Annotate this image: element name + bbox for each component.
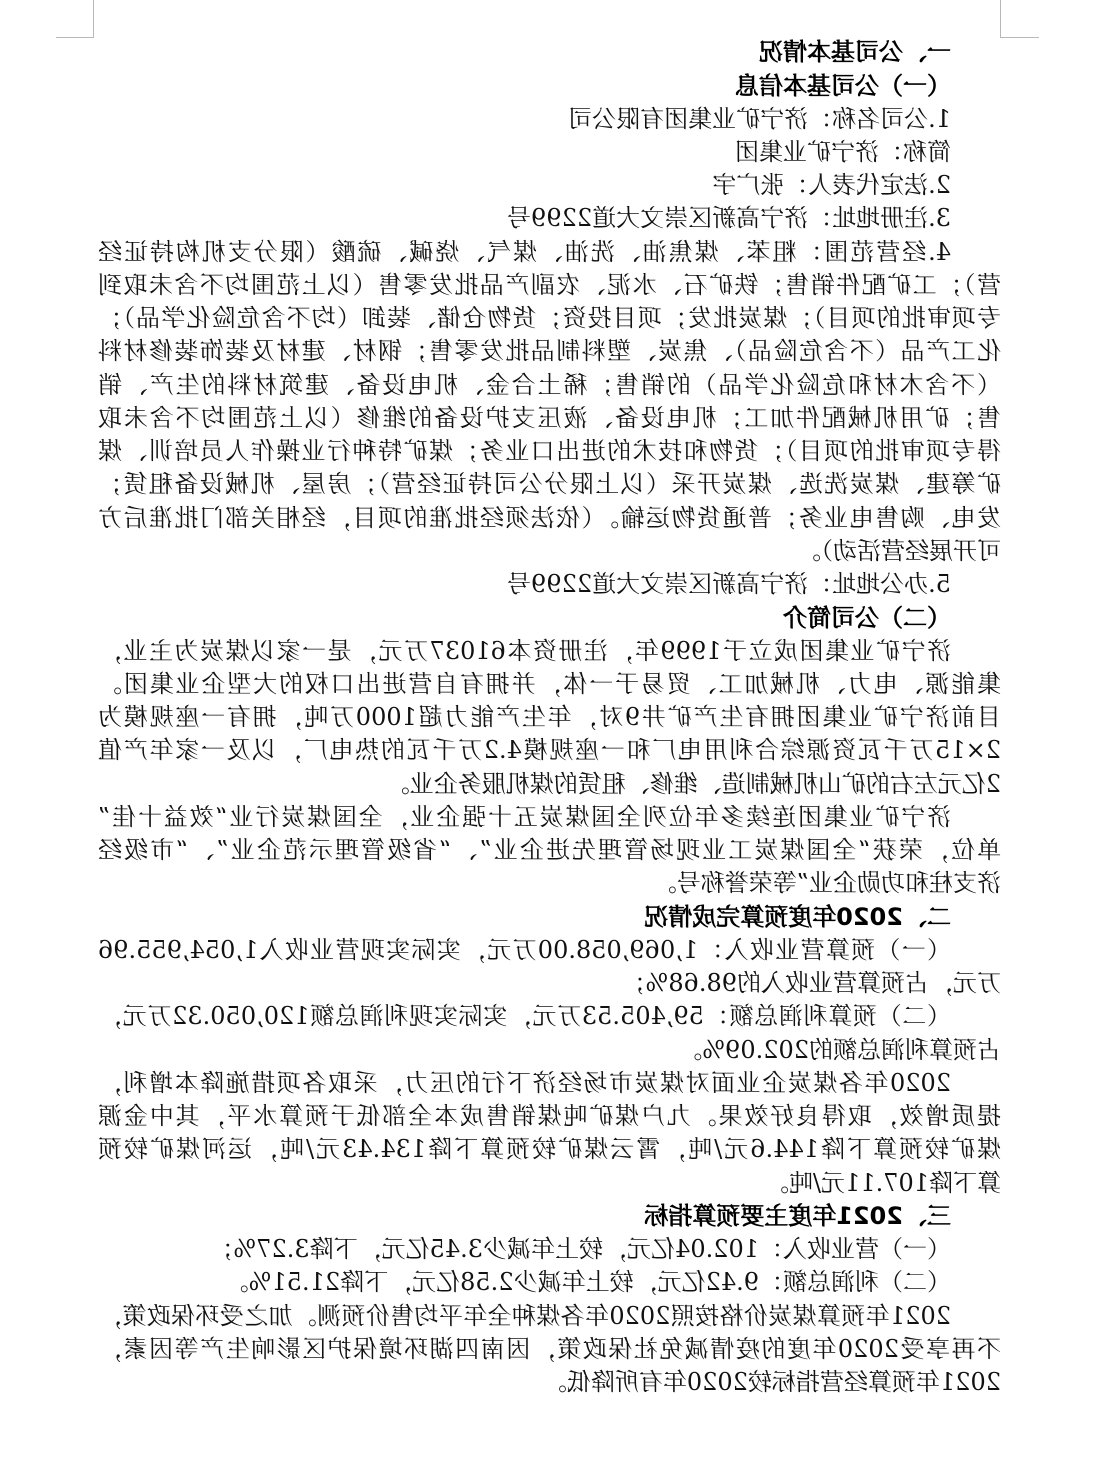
business-scope-line: （不含木材和危险化学品）的销售；稀土合金、机电设备、建筑材料的生产、销 (98, 369, 1001, 402)
honors-paragraph: 济宁矿业集团连续多年位列全国煤炭五十强企业，全国煤炭行业“效益十佳” 单位，荣获… (98, 801, 1001, 901)
business-scope-line: 可开展经营活动）。 (98, 535, 1001, 568)
paragraph-line: 万元，占预算营业收入的98.68%； (98, 967, 1001, 1000)
paragraph-line: 2亿元左右的矿山机械制造、维修、租赁的煤机服务企业。 (98, 768, 1001, 801)
paragraph-line: 2021年预算煤炭价格按照2020年各煤种全年平均售价预测。加之受环保政策， (98, 1300, 1001, 1333)
paragraph-line: 2×15万千瓦资源综合利用电厂和一座规模4.2万千瓦的热电厂，以及一家年产值 (98, 734, 1001, 767)
analysis-paragraph: 2020年各煤炭企业面对煤炭市场经济下行的压力，采取各项措施降本增利， 提质增效… (98, 1067, 1001, 1200)
document-page: 一、公司基本情况 （一）公司基本信息 1.公司名称：济宁矿业集团有限公司 简称：… (0, 0, 1107, 1467)
subsection-heading: （一）公司基本信息 (98, 69, 1001, 102)
paragraph-line: 算下降107.11元/吨。 (98, 1167, 1001, 1200)
revenue-target: （一）营业收入：102.04亿元，较上年减少3.45亿元，下降3.27%； (98, 1233, 1001, 1266)
paragraph-line: （二）预算利润总额：59,405.53万元，实际实现利润总额120,050.32… (98, 1000, 1001, 1033)
crop-mark-left-horizontal (1000, 37, 1039, 38)
paragraph-line: 集能源、电力、机械加工、贸易于一体，并拥有自营进出口权的大型企业集团。 (98, 668, 1001, 701)
paragraph-line: 煤矿较预算下降144.6元/吨，霄云煤矿较预算下降134.43元/吨，运河煤矿较… (98, 1133, 1001, 1166)
business-scope-line: 专项审批的项目）；煤炭批发；项目投资；货物仓储、装卸（均不含危险化学品）； (98, 302, 1001, 335)
section-2021-budget-targets: 三、2021年度主要预算指标 （一）营业收入：102.04亿元，较上年减少3.4… (98, 1200, 1001, 1400)
paragraph-line: 不再享受2020年度的疫情减免社保政策，因南四湖环境保护区影响生产等因素， (98, 1333, 1001, 1366)
section-2020-budget-completion: 二、2020年度预算完成情况 （一）预算营业收入：1,069,058.00万元，… (98, 901, 1001, 1200)
legal-representative: 2.法定代表人：张广宇 (98, 169, 1001, 202)
document-body: 一、公司基本情况 （一）公司基本信息 1.公司名称：济宁矿业集团有限公司 简称：… (98, 36, 1001, 1399)
paragraph-line: 济宁矿业集团连续多年位列全国煤炭五十强企业，全国煤炭行业“效益十佳” (98, 801, 1001, 834)
profile-paragraph: 济宁矿业集团成立于1999年，注册资本61037万元，是一家以煤炭为主业， 集能… (98, 635, 1001, 801)
paragraph-line: 2021年预算经营指标较2020年有所降低。 (98, 1366, 1001, 1399)
crop-mark-right-horizontal (56, 37, 94, 38)
paragraph-line: 目前济宁矿业集团拥有生产矿井9对，年生产能力超1000万吨，拥有一座规模为 (98, 701, 1001, 734)
business-scope-paragraph: 4.经营范围：粗苯、煤焦油、洗油、煤气、烧碱、硫酸（限分支机构持证经 营）；工矿… (98, 236, 1001, 569)
office-address: 5.办公地址：济宁高新区崇文大道2299号 (98, 568, 1001, 601)
business-scope-line: 矿筹建、煤炭洗选、煤炭开采（以上限分公司持证经营）；房屋、机械设备租赁； (98, 468, 1001, 501)
paragraph-line: 提质增效，取得良好效果。九户煤矿吨煤销售成本全部低于预算水平，其中金源 (98, 1100, 1001, 1133)
paragraph-line: （一）预算营业收入：1,069,058.00万元，实际实现营业收入1,054,9… (98, 934, 1001, 967)
registered-address: 3.注册地址：济宁高新区崇文大道2299号 (98, 202, 1001, 235)
paragraph-line: 占预算利润总额的202.09%。 (98, 1034, 1001, 1067)
business-scope-line: 发电、购售电业务；普通货物运输。（依法须经批准的项目，经相关部门批准后方 (98, 502, 1001, 535)
business-scope-line: 化工产品（不含危险品）、焦炭、塑料制品批发零售；钢材、建材及装饰装修材料 (98, 335, 1001, 368)
section-heading: 二、2020年度预算完成情况 (98, 901, 1001, 934)
section-company-overview: 一、公司基本情况 （一）公司基本信息 1.公司名称：济宁矿业集团有限公司 简称：… (98, 36, 1001, 901)
revenue-paragraph: （一）预算营业收入：1,069,058.00万元，实际实现营业收入1,054,9… (98, 934, 1001, 1001)
analysis-paragraph: 2021年预算煤炭价格按照2020年各煤种全年平均售价预测。加之受环保政策， 不… (98, 1300, 1001, 1400)
profit-target: （二）利润总额：9.42亿元，较上年减少2.58亿元，下降21.51%。 (98, 1266, 1001, 1299)
company-short-name: 简称：济宁矿业集团 (98, 136, 1001, 169)
crop-mark-left-vertical (1000, 0, 1001, 38)
business-scope-line: 售；矿用机械配件加工；机电设备、液压支护设备的维修（以上范围均不含未取 (98, 402, 1001, 435)
profit-paragraph: （二）预算利润总额：59,405.53万元，实际实现利润总额120,050.32… (98, 1000, 1001, 1067)
paragraph-line: 济宁矿业集团成立于1999年，注册资本61037万元，是一家以煤炭为主业， (98, 635, 1001, 668)
subsection-company-profile: （二）公司简介 济宁矿业集团成立于1999年，注册资本61037万元，是一家以煤… (98, 601, 1001, 900)
section-heading: 三、2021年度主要预算指标 (98, 1200, 1001, 1233)
business-scope-line: 营）；工矿配件销售；铁矿石、水泥、农副产品批发零售（以上范围均不含未取到 (98, 269, 1001, 302)
crop-mark-right-vertical (93, 0, 94, 38)
subsection-heading: （二）公司简介 (98, 601, 1001, 634)
paragraph-line: 2020年各煤炭企业面对煤炭市场经济下行的压力，采取各项措施降本增利， (98, 1067, 1001, 1100)
business-scope-line: 4.经营范围：粗苯、煤焦油、洗油、煤气、烧碱、硫酸（限分支机构持证经 (98, 236, 1001, 269)
paragraph-line: 济支柱和功勋企业”等荣誉称号。 (98, 867, 1001, 900)
company-name: 1.公司名称：济宁矿业集团有限公司 (98, 103, 1001, 136)
subsection-basic-info: （一）公司基本信息 1.公司名称：济宁矿业集团有限公司 简称：济宁矿业集团 2.… (98, 69, 1001, 601)
business-scope-line: 得专项审批的项目）；货物和技术的进出口业务；煤矿特种行业操作人员培训、煤 (98, 435, 1001, 468)
section-heading: 一、公司基本情况 (98, 36, 1001, 69)
paragraph-line: 单位，荣获“全国煤炭工业现场管理先进企业”、“省级管理示范企业”、“市级经 (98, 834, 1001, 867)
